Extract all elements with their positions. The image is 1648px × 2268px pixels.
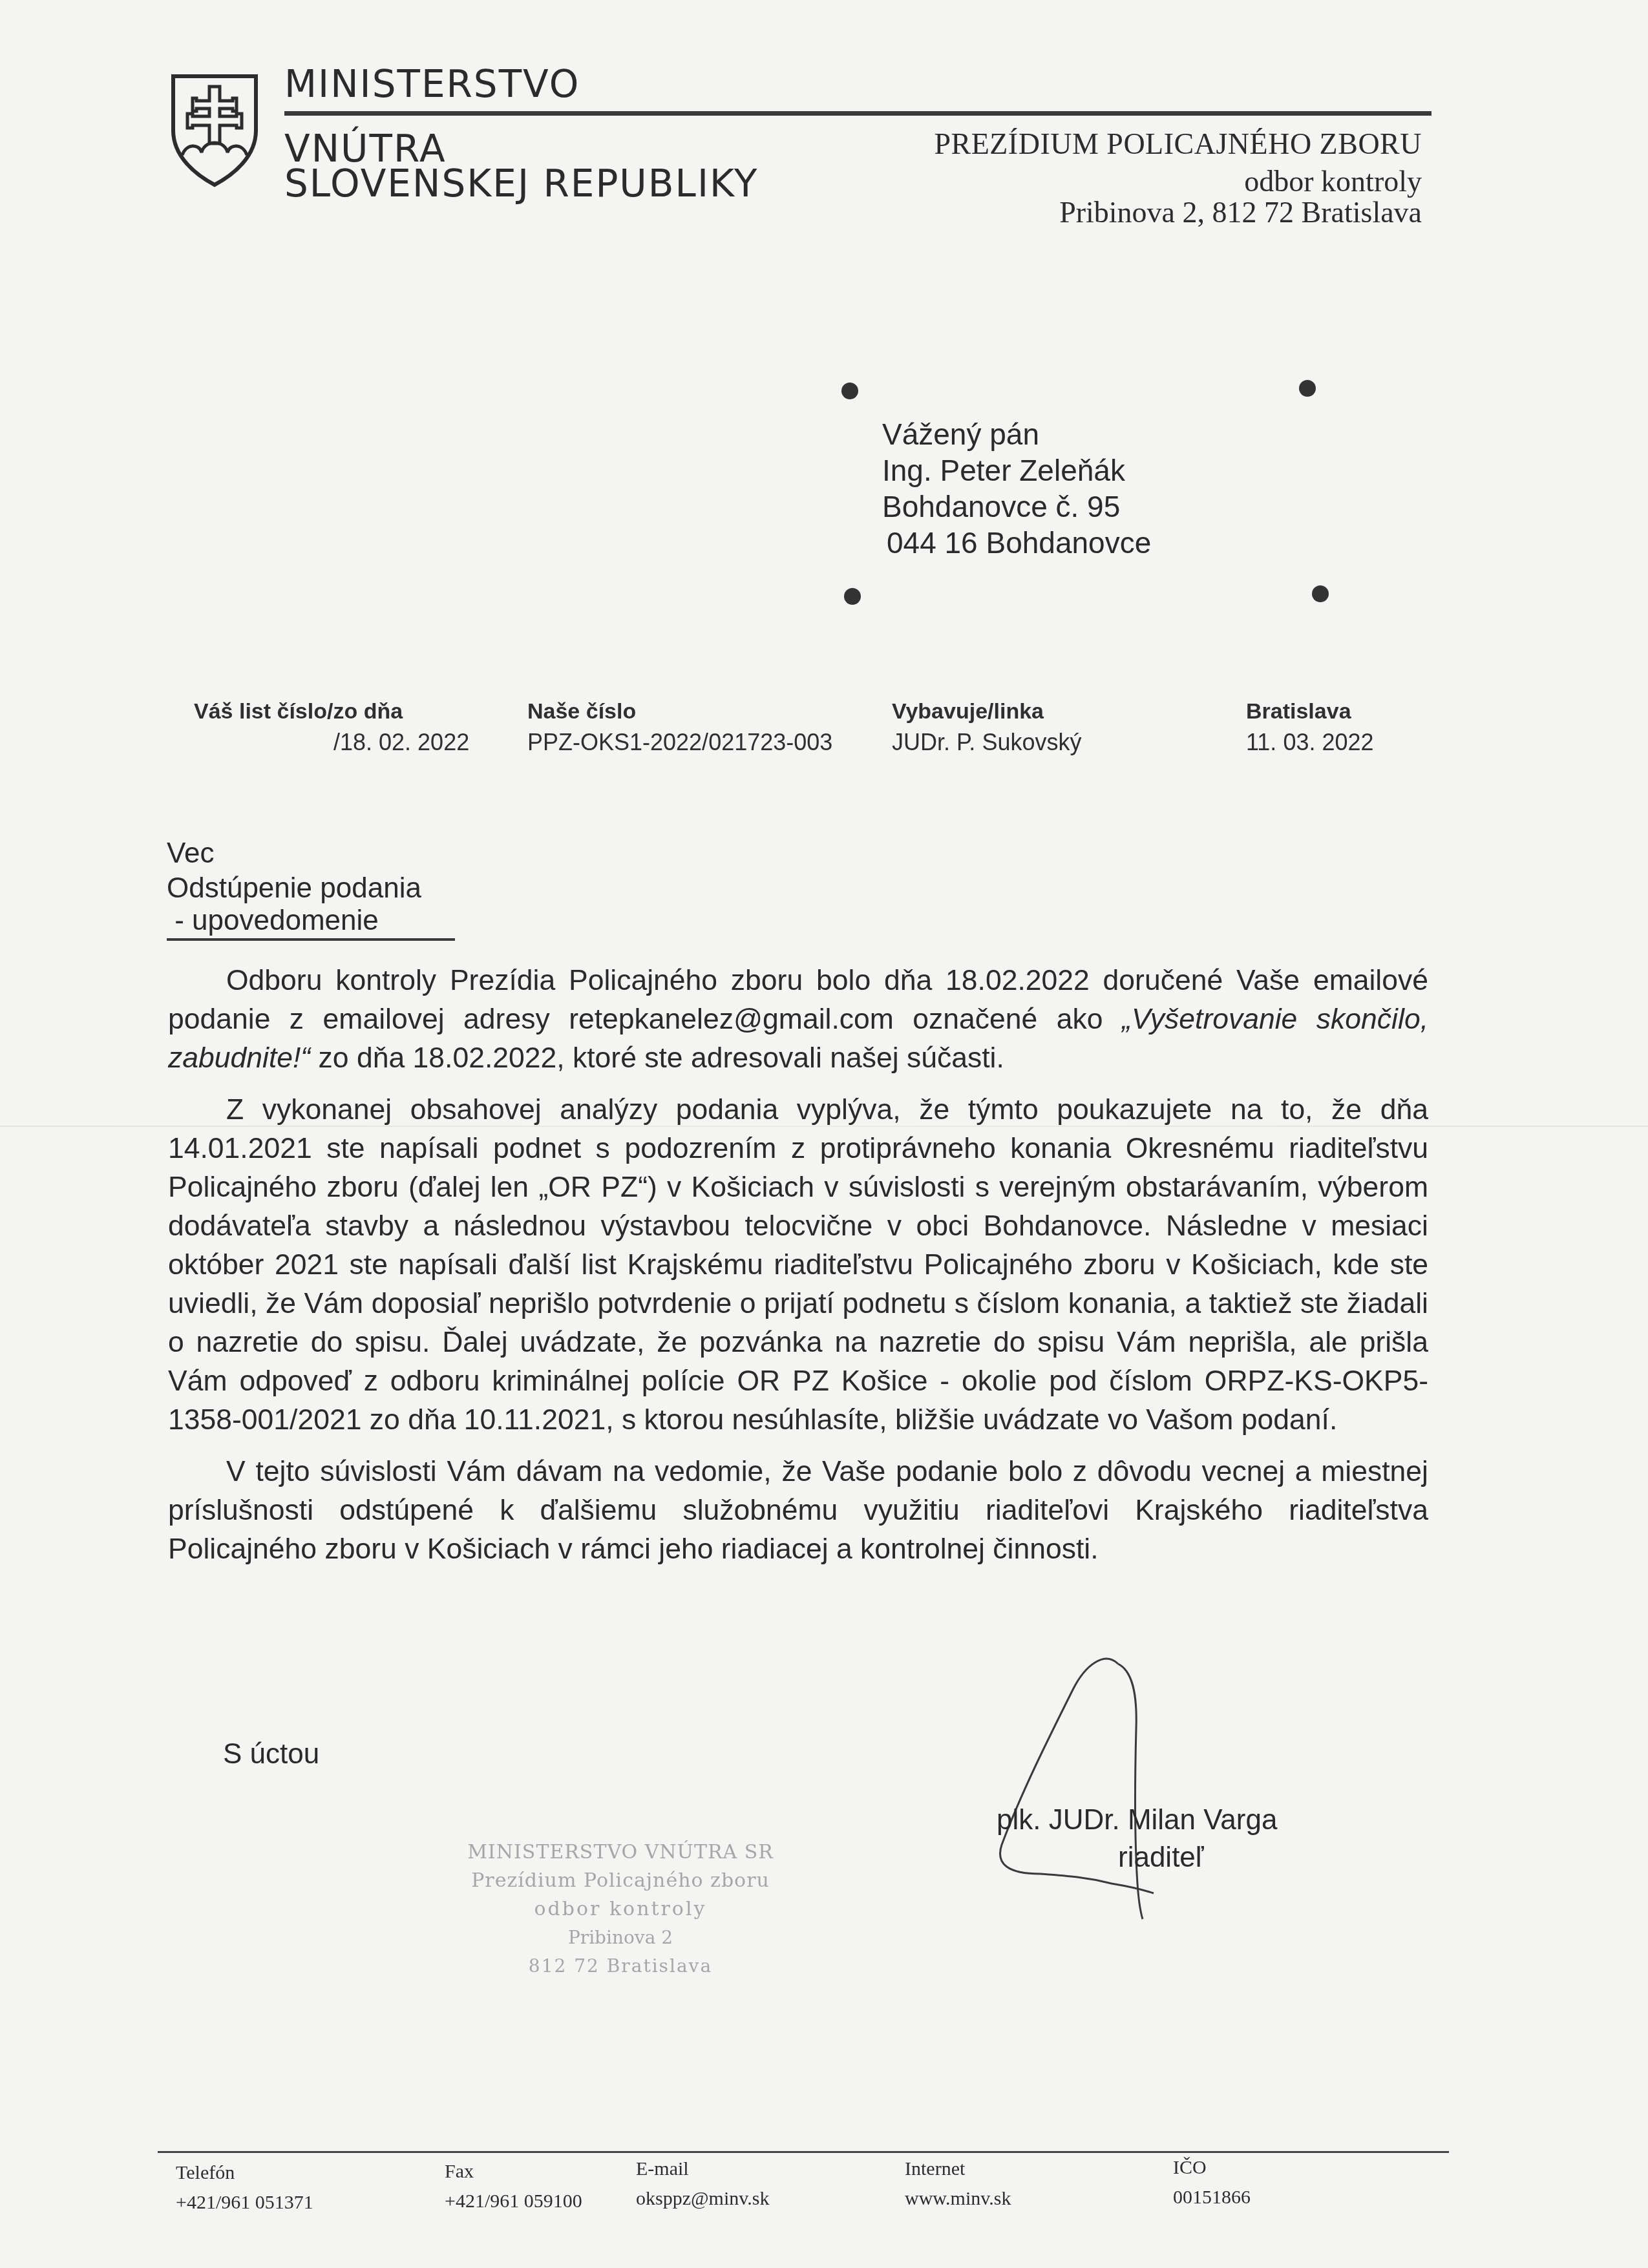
your-letter-value: /18. 02. 2022 xyxy=(333,729,469,756)
handler-label: Vybavuje/linka xyxy=(892,699,1044,724)
footer-phone: Telefón +421/961 051371 xyxy=(176,2158,313,2218)
slovak-coat-of-arms-icon xyxy=(169,72,260,189)
stamp-line5: 812 72 Bratislava xyxy=(414,1952,827,1980)
fax-value: +421/961 059100 xyxy=(445,2187,582,2216)
internet-label: Internet xyxy=(905,2154,1011,2184)
footer-internet: Internet www.minv.sk xyxy=(905,2154,1011,2214)
ministry-name-line3: SLOVENSKEJ REPUBLIKY xyxy=(284,162,758,205)
our-number-value: PPZ-OKS1-2022/021723-003 xyxy=(527,729,832,756)
fax-label: Fax xyxy=(445,2157,582,2187)
email-label: E-mail xyxy=(636,2154,770,2184)
recipient-name: Ing. Peter Zeleňák xyxy=(882,452,1125,488)
stamp-line3: odbor kontroly xyxy=(414,1895,827,1924)
ministry-name-line1: MINISTERSTVO xyxy=(284,62,580,106)
recipient-street: Bohdanovce č. 95 xyxy=(882,488,1120,525)
paragraph-1-text-end: zo dňa 18.02.2022, ktoré ste adresovali … xyxy=(310,1042,1004,1074)
phone-value: +421/961 051371 xyxy=(176,2188,313,2218)
email-value: oksppz@minv.sk xyxy=(636,2184,770,2214)
footer-email: E-mail oksppz@minv.sk xyxy=(636,2154,770,2214)
subject-line1: Odstúpenie podania xyxy=(167,872,421,905)
place-label: Bratislava xyxy=(1246,699,1351,724)
our-number-label: Naše číslo xyxy=(527,699,636,724)
body-paragraph-2: Z vykonanej obsahovej analýzy podania vy… xyxy=(168,1091,1428,1440)
official-stamp: MINISTERSTVO VNÚTRA SR Prezídium Policaj… xyxy=(414,1838,827,1980)
body-paragraph-3: V tejto súvislosti Vám dávam na vedomie,… xyxy=(168,1453,1428,1569)
footer-rule xyxy=(158,2151,1449,2153)
footer-fax: Fax +421/961 059100 xyxy=(445,2157,582,2216)
recipient-salutation: Vážený pán xyxy=(882,416,1039,452)
ico-value: 00151866 xyxy=(1173,2183,1251,2212)
header-rule xyxy=(284,111,1431,116)
closing-greeting: S úctou xyxy=(223,1738,319,1770)
handwritten-signature xyxy=(924,1651,1183,1922)
division-name: odbor kontroly xyxy=(1244,164,1422,198)
recipient-city: 044 16 Bohdanovce xyxy=(887,525,1151,561)
footer-ico: IČO 00151866 xyxy=(1173,2153,1251,2212)
letter-date: 11. 03. 2022 xyxy=(1246,729,1374,756)
window-marker-dot xyxy=(841,383,858,399)
internet-value: www.minv.sk xyxy=(905,2184,1011,2214)
sender-address: Pribinova 2, 812 72 Bratislava xyxy=(1059,195,1422,229)
stamp-line4: Pribinova 2 xyxy=(414,1924,827,1952)
signer-name: plk. JUDr. Milan Varga xyxy=(997,1804,1277,1836)
signer-title: riaditeľ xyxy=(1118,1842,1204,1874)
department-name: PREZÍDIUM POLICAJNÉHO ZBORU xyxy=(934,127,1422,161)
stamp-line2: Prezídium Policajného zboru xyxy=(414,1867,827,1895)
stamp-line1: MINISTERSTVO VNÚTRA SR xyxy=(414,1838,827,1867)
phone-label: Telefón xyxy=(176,2158,313,2188)
handler-value: JUDr. P. Sukovský xyxy=(892,729,1081,756)
window-marker-dot xyxy=(844,588,861,605)
your-letter-label: Váš list číslo/zo dňa xyxy=(194,699,403,724)
subject-line2: - upovedomenie xyxy=(167,905,379,937)
body-paragraph-1: Odboru kontroly Prezídia Policajného zbo… xyxy=(168,961,1428,1078)
ico-label: IČO xyxy=(1173,2153,1251,2183)
window-marker-dot xyxy=(1299,380,1316,397)
letter-body: Odboru kontroly Prezídia Policajného zbo… xyxy=(168,961,1428,1569)
subject-label: Vec xyxy=(167,837,214,870)
window-marker-dot xyxy=(1312,585,1329,602)
subject-underline xyxy=(167,938,455,941)
